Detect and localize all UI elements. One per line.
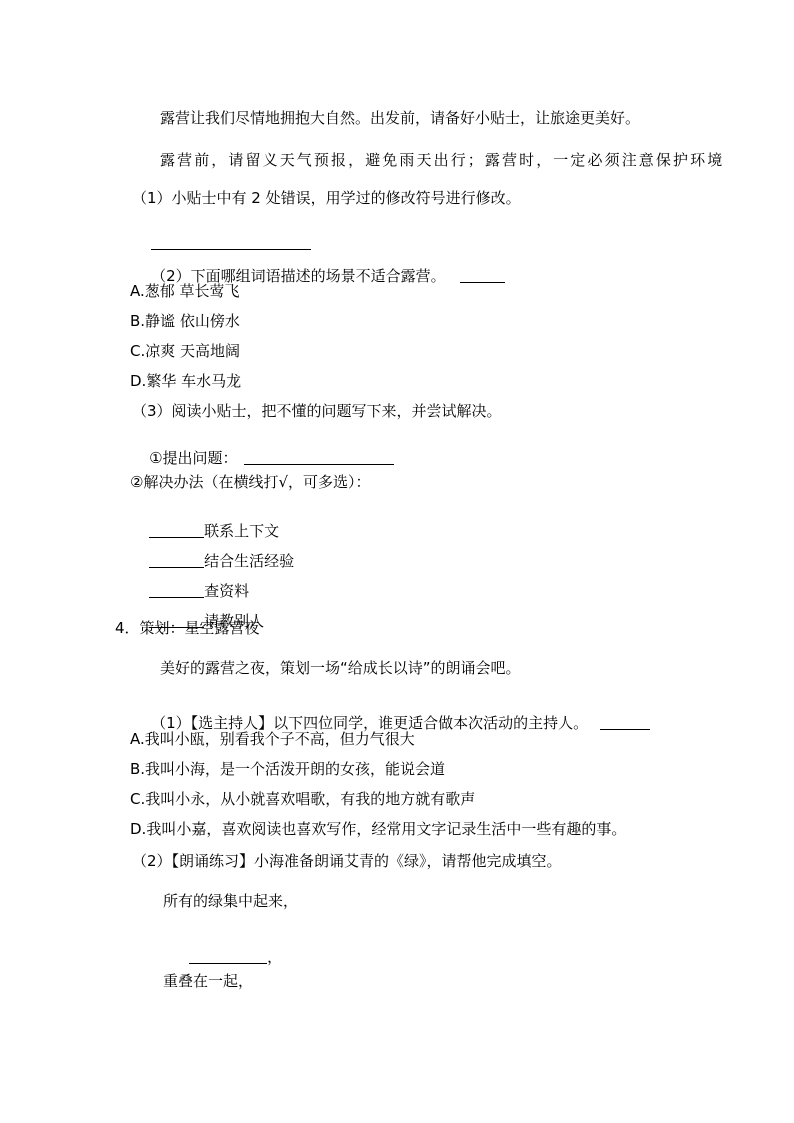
option-c: C.我叫小永，从小就喜欢唱歌，有我的地方就有歌声 [130, 791, 475, 807]
question-4-title: 4．策划：星空露营夜 [115, 620, 260, 636]
item1-label: ①提出问题： [149, 449, 237, 467]
question-3-1-label: （1）小贴士中有 2 处错误，用学过的修改符号进行修改。 [132, 190, 521, 206]
option-b: B.我叫小海，是一个活泼开朗的女孩，能说会道 [130, 761, 445, 777]
answer-blank [151, 236, 311, 250]
option-d: D.我叫小嘉，喜欢阅读也喜欢写作，经常用文字记录生活中一些有趣的事。 [130, 821, 626, 837]
answer-blank [244, 451, 394, 465]
answer-blank [600, 716, 650, 730]
check-blank [149, 554, 204, 568]
option-c: C.凉爽 天高地阔 [130, 343, 240, 359]
answer-blank [189, 950, 267, 964]
option-b: B.静谧 依山傍水 [130, 313, 240, 329]
poem-blank-comma: ， [267, 948, 282, 966]
option-d: D.繁华 车水马龙 [130, 373, 241, 389]
worksheet-page: 露营让我们尽情地拥抱大自然。出发前，请备好小贴士，让旅途更美好。 露营前，请留义… [0, 0, 794, 1123]
question-3-3-item2-label: ②解决办法（在横线打√，可多选）： [130, 474, 371, 490]
intro-line-2: 露营前，请留义天气预报，避免雨天出行；露营时，一定必须注意保护环境 [160, 152, 724, 168]
answer-blank [460, 269, 505, 283]
check-blank [149, 524, 204, 538]
option-a: A.我叫小瓯，别看我个子不高，但力气很大 [130, 731, 415, 747]
question-3-3-label: （3）阅读小贴士，把不懂的问题写下来，并尝试解决。 [132, 403, 502, 419]
poem-line-1: 所有的绿集中起来， [163, 893, 298, 909]
question-4-intro: 美好的露营之夜，策划一场“给成长以诗”的朗诵会吧。 [160, 660, 521, 676]
question-4-2-label: （2）【朗诵练习】小海准备朗诵艾青的《绿》，请帮他完成填空。 [132, 853, 562, 869]
option-a: A.葱郁 草长莺飞 [130, 283, 240, 299]
check-blank [149, 584, 204, 598]
poem-line-2: 重叠在一起， [163, 973, 253, 989]
intro-line-1: 露营让我们尽情地拥抱大自然。出发前，请备好小贴士，让旅途更美好。 [160, 110, 640, 126]
